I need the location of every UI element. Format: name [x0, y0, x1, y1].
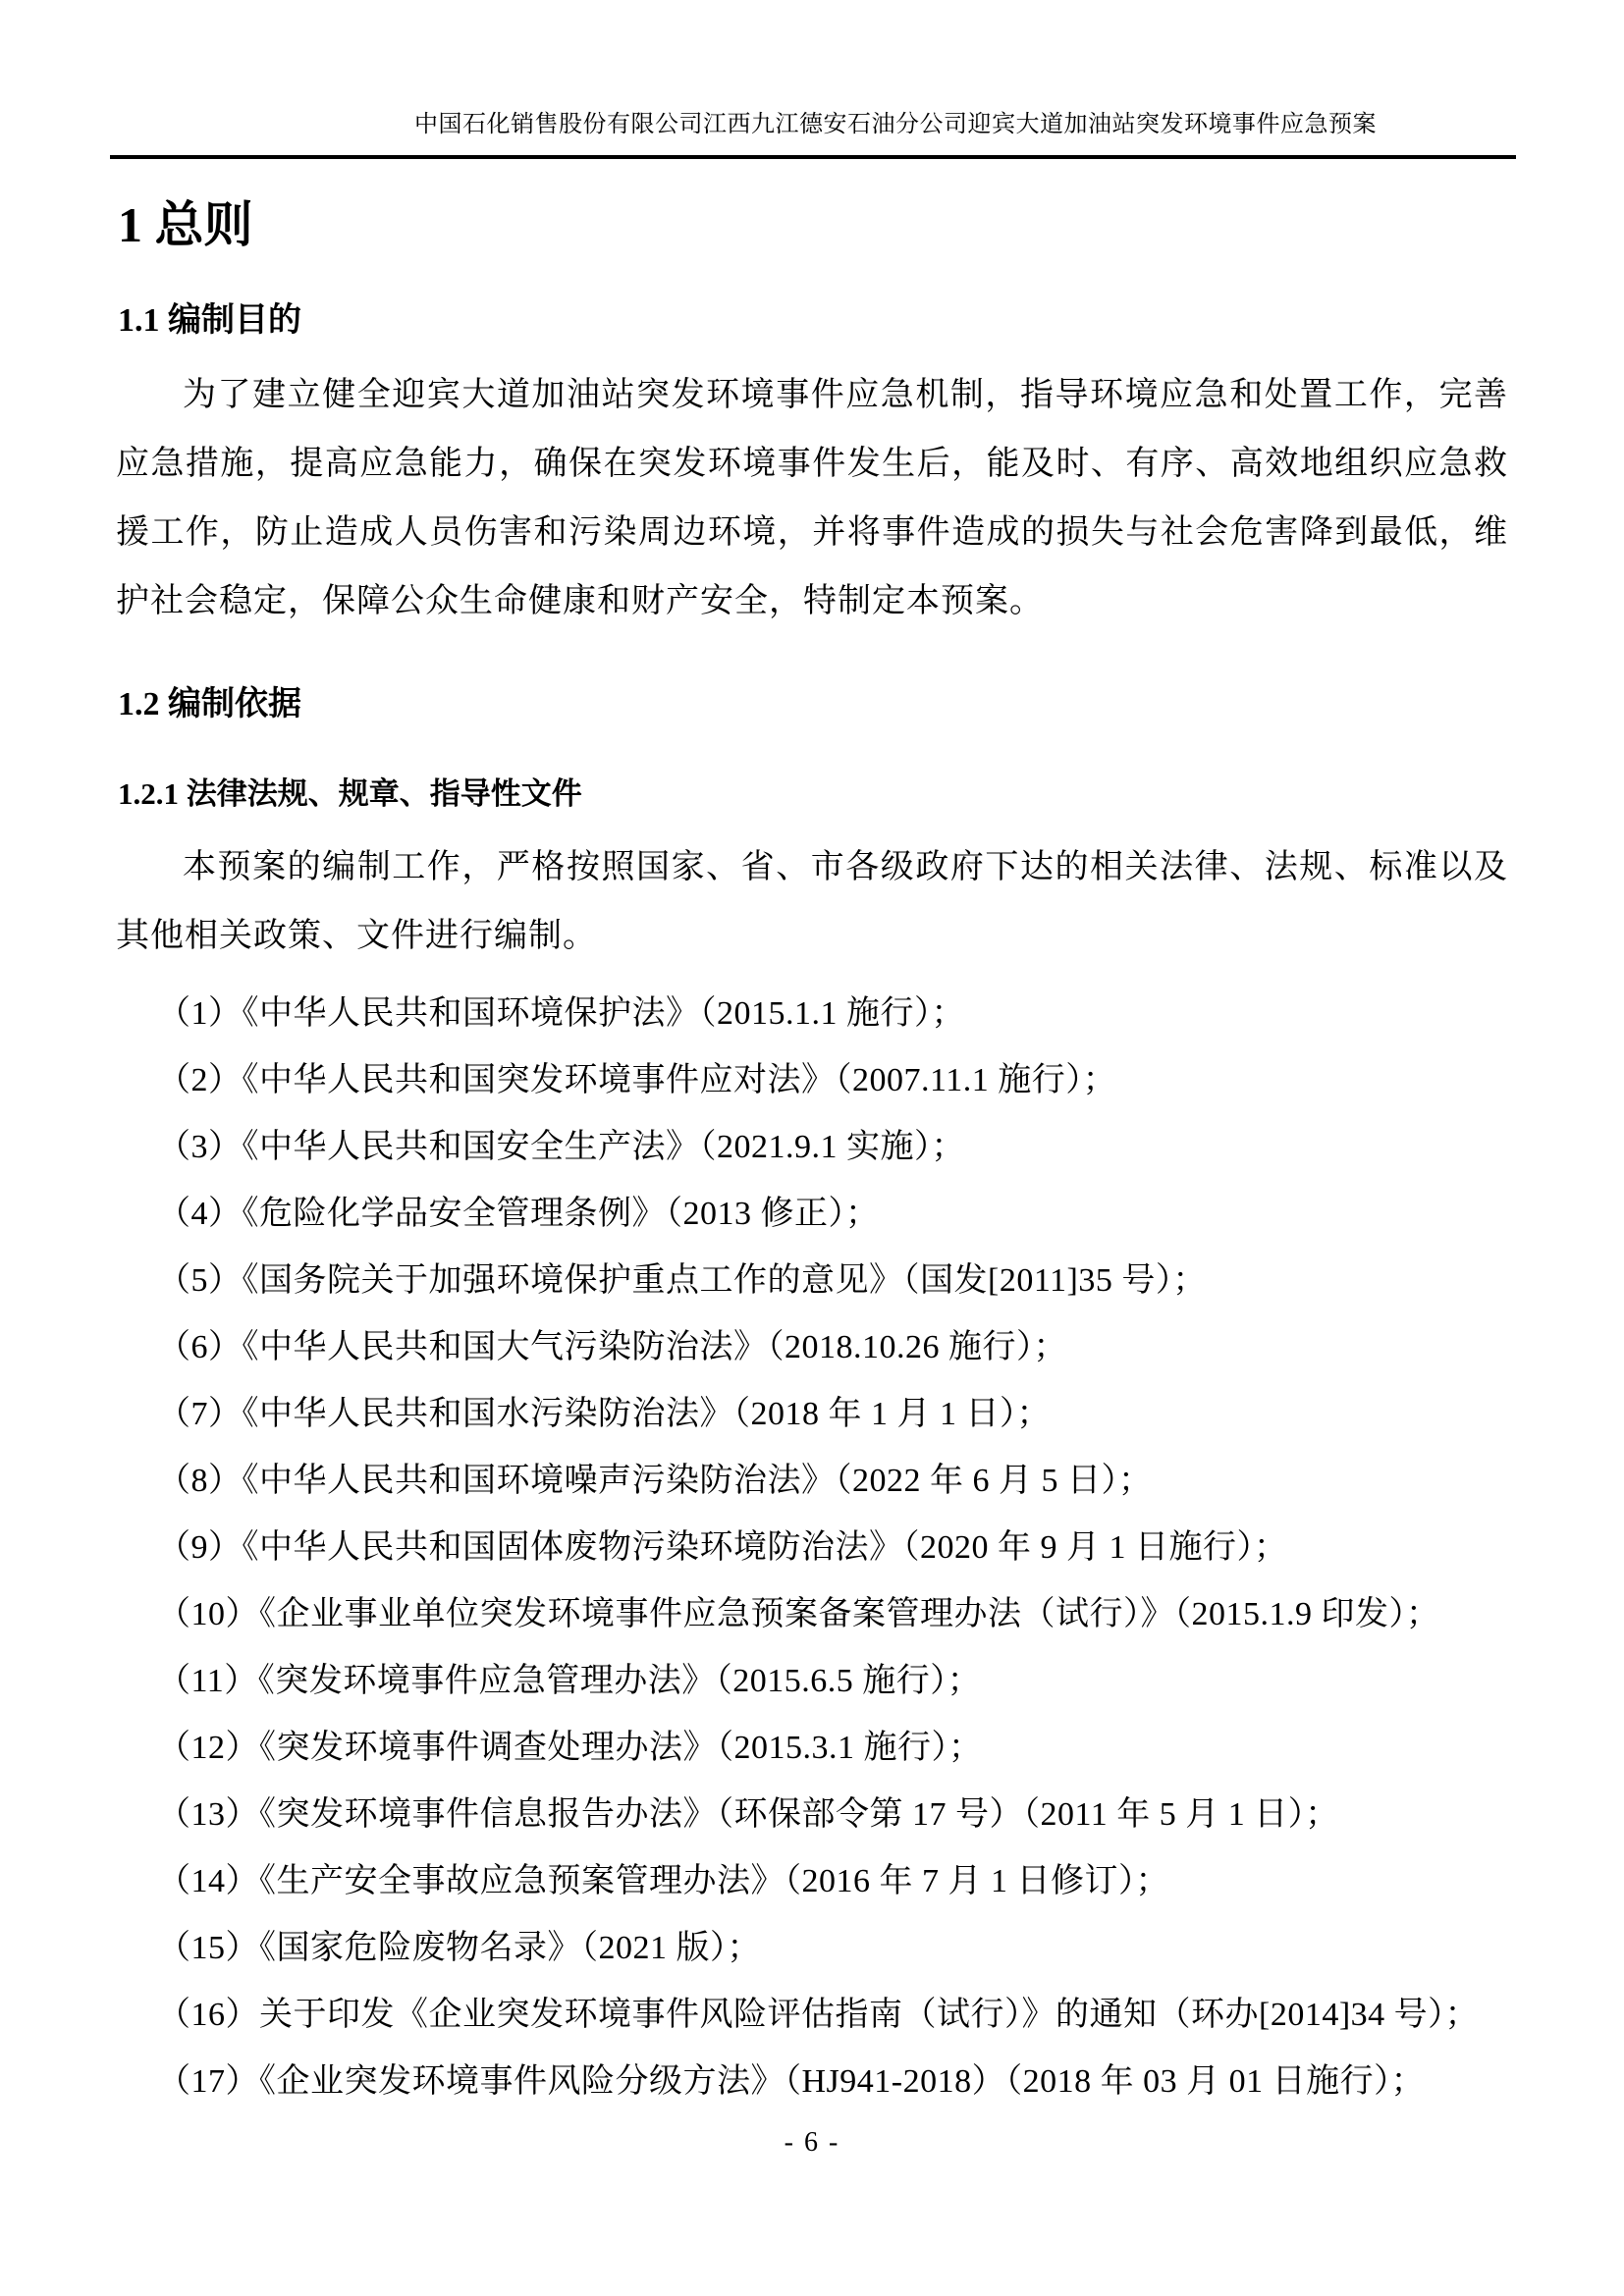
legal-item: （9）《中华人民共和国固体废物污染环境防治法》（2020 年 9 月 1 日施行…: [116, 1515, 1508, 1581]
section-heading-1-2: 1.2 编制依据: [118, 685, 1508, 723]
legal-item: （10）《企业事业单位突发环境事件应急预案备案管理办法（试行）》（2015.1.…: [116, 1581, 1508, 1648]
legal-item: （17）《企业突发环境事件风险分级方法》（HJ941-2018）（2018 年 …: [116, 2049, 1508, 2115]
subsection-heading-1-2-1: 1.2.1 法律法规、规章、指导性文件: [118, 776, 1508, 812]
legal-item: （13）《突发环境事件信息报告办法》（环保部令第 17 号）（2011 年 5 …: [116, 1782, 1508, 1848]
legal-item: （11）《突发环境事件应急管理办法》（2015.6.5 施行）；: [116, 1648, 1508, 1715]
legal-items-list: （1）《中华人民共和国环境保护法》（2015.1.1 施行）；（2）《中华人民共…: [116, 981, 1508, 2115]
legal-item: （15）《国家危险废物名录》（2021 版）；: [116, 1915, 1508, 1982]
body-paragraph-basis: 本预案的编制工作，严格按照国家、省、市各级政府下达的相关法律、法规、标准以及其他…: [116, 833, 1508, 971]
document-header-title: 中国石化销售股份有限公司江西九江德安石油分公司迎宾大道加油站突发环境事件应急预案: [116, 110, 1508, 139]
legal-item: （14）《生产安全事故应急预案管理办法》（2016 年 7 月 1 日修订）；: [116, 1848, 1508, 1915]
legal-item: （1）《中华人民共和国环境保护法》（2015.1.1 施行）；: [116, 981, 1508, 1047]
legal-item: （5）《国务院关于加强环境保护重点工作的意见》（国发[2011]35 号）；: [116, 1248, 1508, 1314]
legal-item: （16）关于印发《企业突发环境事件风险评估指南（试行）》的通知（环办[2014]…: [116, 1982, 1508, 2049]
page-number: - 6 -: [0, 2127, 1624, 2159]
legal-item: （3）《中华人民共和国安全生产法》（2021.9.1 实施）；: [116, 1114, 1508, 1181]
legal-item: （7）《中华人民共和国水污染防治法》（2018 年 1 月 1 日）；: [116, 1381, 1508, 1448]
legal-item: （4）《危险化学品安全管理条例》（2013 修正）；: [116, 1181, 1508, 1248]
chapter-title: 1 总则: [118, 198, 1508, 252]
legal-item: （8）《中华人民共和国环境噪声污染防治法》（2022 年 6 月 5 日）；: [116, 1448, 1508, 1515]
section-heading-1-1: 1.1 编制目的: [118, 301, 1508, 340]
legal-item: （2）《中华人民共和国突发环境事件应对法》（2007.11.1 施行）；: [116, 1047, 1508, 1114]
header-rule: [110, 155, 1516, 159]
document-page: 中国石化销售股份有限公司江西九江德安石油分公司迎宾大道加油站突发环境事件应急预案…: [0, 0, 1624, 2296]
legal-item: （12）《突发环境事件调查处理办法》（2015.3.1 施行）；: [116, 1715, 1508, 1782]
body-paragraph-purpose: 为了建立健全迎宾大道加油站突发环境事件应急机制，指导环境应急和处置工作，完善应急…: [116, 361, 1508, 636]
legal-item: （6）《中华人民共和国大气污染防治法》（2018.10.26 施行）；: [116, 1314, 1508, 1381]
